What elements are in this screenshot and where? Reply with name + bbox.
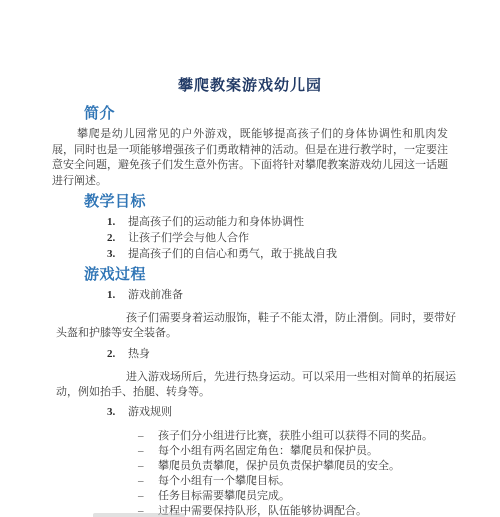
step-number: 1. bbox=[107, 289, 128, 302]
process-step-label: 2. 热身 bbox=[0, 348, 500, 361]
dash-bullet: – bbox=[138, 429, 158, 444]
objective-item: 3. 提高孩子们的自信心和勇气，敢于挑战自我 bbox=[0, 247, 500, 263]
objective-number: 1. bbox=[107, 215, 128, 231]
objectives-list: 1. 提高孩子们的运动能力和身体协调性 2. 让孩子们学会与他人合作 3. 提高… bbox=[0, 215, 500, 262]
step-detail: 进入游戏场所后，先进行热身运动。可以采用一些相对简单的拓展运动，例如抬手、抬腿、… bbox=[56, 370, 456, 400]
step-number: 2. bbox=[107, 348, 128, 361]
step-title: 热身 bbox=[128, 348, 150, 361]
rule-text: 孩子们分小组进行比赛，获胜小组可以获得不同的奖品。 bbox=[158, 429, 433, 444]
rule-item: – 每个小组有两名固定角色：攀爬员和保护员。 bbox=[0, 444, 500, 459]
rules-list: – 孩子们分小组进行比赛，获胜小组可以获得不同的奖品。 – 每个小组有两名固定角… bbox=[0, 429, 500, 517]
rule-text: 每个小组有两名固定角色：攀爬员和保护员。 bbox=[158, 444, 378, 459]
intro-heading: 简介 bbox=[84, 104, 500, 124]
document-page: 攀爬教案游戏幼儿园 简介 攀爬是幼儿园常见的户外游戏，既能够提高孩子们的身体协调… bbox=[0, 0, 500, 517]
step-title: 游戏前准备 bbox=[128, 289, 183, 302]
rule-text: 攀爬员负责攀爬，保护员负责保护攀爬员的安全。 bbox=[158, 459, 400, 474]
rule-item: – 过程中需要保持队形，队伍能够协调配合。 bbox=[0, 504, 500, 517]
objective-item: 1. 提高孩子们的运动能力和身体协调性 bbox=[0, 215, 500, 231]
objectives-heading: 教学目标 bbox=[84, 192, 500, 212]
rule-text: 每个小组有一个攀爬目标。 bbox=[158, 474, 290, 489]
dash-bullet: – bbox=[138, 444, 158, 459]
objective-number: 3. bbox=[107, 247, 128, 263]
section-objectives: 教学目标 1. 提高孩子们的运动能力和身体协调性 2. 让孩子们学会与他人合作 … bbox=[0, 192, 500, 262]
process-heading: 游戏过程 bbox=[84, 265, 500, 285]
intro-paragraph: 攀爬是幼儿园常见的户外游戏，既能够提高孩子们的身体协调性和肌肉发展，同时也是一项… bbox=[52, 127, 448, 189]
section-process: 游戏过程 1. 游戏前准备 孩子们需要身着运动服饰，鞋子不能太滑，防止滑倒。同时… bbox=[0, 265, 500, 517]
rule-text: 任务目标需要攀爬员完成。 bbox=[158, 489, 290, 504]
rule-item: – 每个小组有一个攀爬目标。 bbox=[0, 474, 500, 489]
objective-text: 提高孩子们的运动能力和身体协调性 bbox=[128, 215, 304, 231]
document-title: 攀爬教案游戏幼儿园 bbox=[0, 0, 500, 95]
rule-item: – 任务目标需要攀爬员完成。 bbox=[0, 489, 500, 504]
step-title: 游戏规则 bbox=[128, 406, 172, 419]
objective-text: 让孩子们学会与他人合作 bbox=[128, 231, 249, 247]
process-step-label: 1. 游戏前准备 bbox=[0, 289, 500, 302]
objective-item: 2. 让孩子们学会与他人合作 bbox=[0, 231, 500, 247]
dash-bullet: – bbox=[138, 474, 158, 489]
rule-item: – 孩子们分小组进行比赛，获胜小组可以获得不同的奖品。 bbox=[0, 429, 500, 444]
step-number: 3. bbox=[107, 406, 128, 419]
step-detail: 孩子们需要身着运动服饰，鞋子不能太滑，防止滑倒。同时，要带好头盔和护膝等安全装备… bbox=[56, 311, 456, 341]
rule-item: – 攀爬员负责攀爬，保护员负责保护攀爬员的安全。 bbox=[0, 459, 500, 474]
cut-off-next-line bbox=[93, 513, 185, 517]
dash-bullet: – bbox=[138, 459, 158, 474]
objective-number: 2. bbox=[107, 231, 128, 247]
section-intro: 简介 攀爬是幼儿园常见的户外游戏，既能够提高孩子们的身体协调性和肌肉发展，同时也… bbox=[0, 104, 500, 189]
dash-bullet: – bbox=[138, 489, 158, 504]
rule-text: 过程中需要保持队形，队伍能够协调配合。 bbox=[158, 504, 367, 517]
objective-text: 提高孩子们的自信心和勇气，敢于挑战自我 bbox=[128, 247, 337, 263]
process-step-label: 3. 游戏规则 bbox=[0, 406, 500, 419]
